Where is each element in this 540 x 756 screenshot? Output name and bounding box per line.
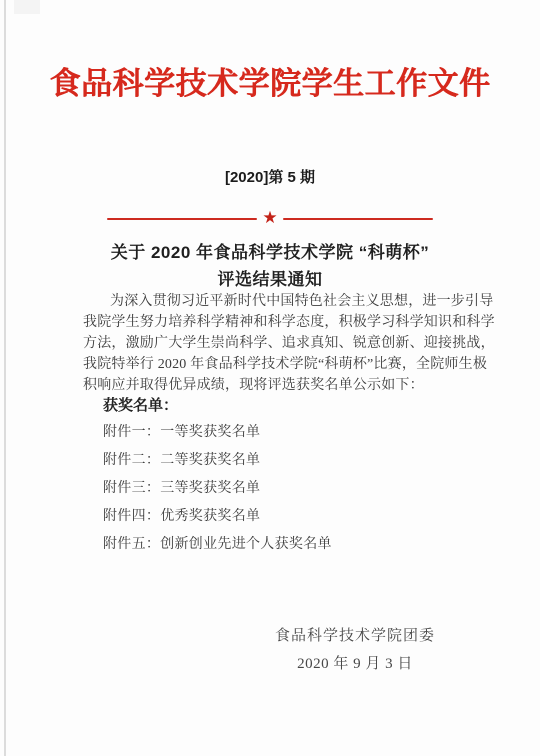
scan-edge-line [4,0,6,756]
attachment-item: 附件四：优秀奖获奖名单 [103,508,332,526]
document-page: 食品科学技术学院学生工作文件 [2020]第 5 期 ★ 关于 2020 年食品… [0,0,540,756]
attachment-item: 附件五：创新创业先进个人获奖名单 [103,536,332,554]
document-title-line1: 关于 2020 年食品科学技术学院 “科萌杯” [0,238,540,263]
attachment-item: 附件二：二等奖获奖名单 [103,452,332,470]
attachment-item: 附件一：一等奖获奖名单 [103,424,332,442]
body-line: 方法，激励广大学生崇尚科学、追求真知、锐意创新、迎接挑战， [83,333,467,354]
body-line: 我院特举行 2020 年食品科学技术学院“科萌杯”比赛，全院师生极 [83,354,467,375]
document-title-line2: 评选结果通知 [0,265,540,290]
issue-number: [2020]第 5 期 [0,166,540,187]
scan-corner-artifact [14,0,40,14]
signature-org: 食品科学技术学院团委 [260,626,450,646]
body-paragraph: 为深入贯彻习近平新时代中国特色社会主义思想，进一步引导 我院学生努力培养科学精神… [83,291,467,396]
signature-date: 2020 年 9 月 3 日 [260,654,450,674]
banner-title: 食品科学技术学院学生工作文件 [0,60,540,108]
body-line: 积响应并取得优异成绩，现将评选获奖名单公示如下： [83,375,467,396]
signature-block: 食品科学技术学院团委 2020 年 9 月 3 日 [260,626,450,674]
attachment-item: 附件三：三等奖获奖名单 [103,480,332,498]
attachment-list: 附件一：一等奖获奖名单 附件二：二等奖获奖名单 附件三：三等奖获奖名单 附件四：… [103,424,332,564]
award-list-header: 获奖名单： [103,394,178,415]
body-line: 我院学生努力培养科学精神和科学态度，积极学习科学知识和科学 [83,312,467,333]
divider: ★ [0,210,540,227]
star-icon: ★ [262,210,277,227]
divider-line-left [107,218,257,220]
body-line: 为深入贯彻习近平新时代中国特色社会主义思想，进一步引导 [83,291,467,312]
divider-line-right [283,218,433,220]
